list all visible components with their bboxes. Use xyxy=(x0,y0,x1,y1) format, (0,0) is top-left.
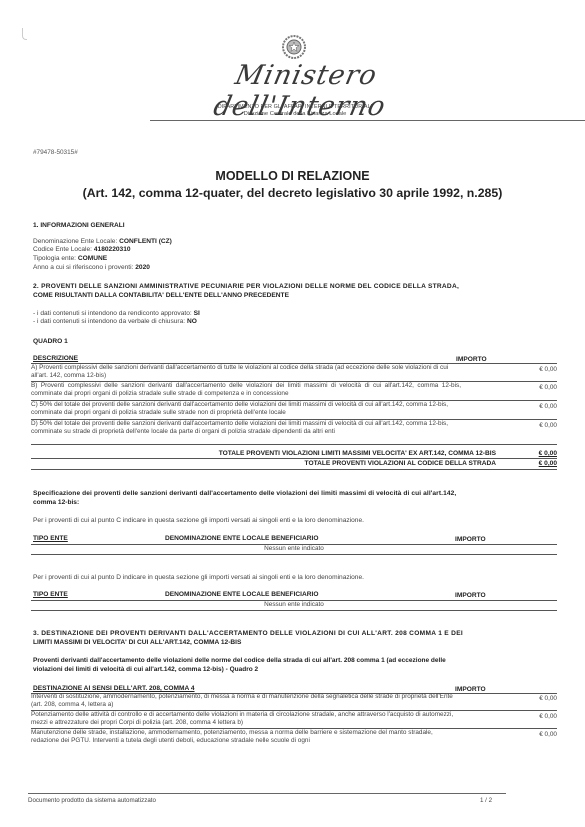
total-cds-amount: € 0,00 xyxy=(500,460,557,467)
table-rule xyxy=(31,469,557,470)
flag-label: - i dati contenuti si intendono da verba… xyxy=(33,318,187,325)
table-row-d: D) 50% del totale dei proventi delle san… xyxy=(31,420,461,436)
total-cds-label: TOTALE PROVENTI VIOLAZIONI AL CODICE DEL… xyxy=(31,460,496,467)
footer-rule xyxy=(28,793,506,794)
table-row-a: A) Proventi complessivi delle sanzioni d… xyxy=(31,364,461,380)
field-label: Denominazione Ente Locale: xyxy=(33,238,119,245)
table-row-c: C) 50% del totale dei proventi delle san… xyxy=(31,401,461,417)
col-header-tipo-ente: TIPO ENTE xyxy=(33,535,68,542)
directorate-name: Direzione Centrale della Finanza Locale xyxy=(190,111,400,117)
field-value: 4180220310 xyxy=(94,246,131,253)
quadro1-label: QUADRO 1 xyxy=(33,338,68,345)
amount-b: € 0,00 xyxy=(500,384,557,391)
table-row-lettera-b: Potenziamento delle attività di controll… xyxy=(31,711,461,727)
scan-mark xyxy=(22,28,27,40)
flag-verbale: - i dati contenuti si intendono da verba… xyxy=(33,318,197,325)
header-rule xyxy=(150,120,585,121)
total-speed-amount: € 0,00 xyxy=(500,450,557,457)
amount-lettera-a: € 0,00 xyxy=(500,695,557,702)
col-header-importo: IMPORTO xyxy=(455,686,486,693)
field-value: CONFLENTI (CZ) xyxy=(119,238,172,245)
flag-value: NO xyxy=(187,318,197,325)
quadro2-subheading-line2: violazioni dei limiti di velocità di cui… xyxy=(33,666,258,673)
amount-a: € 0,00 xyxy=(500,366,557,373)
col-header-destinazione: DESTINAZIONE AI SENSI DELL'ART. 208, COM… xyxy=(33,685,195,692)
table-rule xyxy=(31,458,557,459)
field-label: Codice Ente Locale: xyxy=(33,246,94,253)
section2-heading-line1: 2. PROVENTI DELLE SANZIONI AMMINISTRATIV… xyxy=(33,283,459,290)
flag-rendiconto: - i dati contenuti si intendono da rendi… xyxy=(33,310,200,317)
col-header-tipo-ente: TIPO ENTE xyxy=(33,591,68,598)
table-row-lettera-a: Interventi di sostituzione, ammodernamen… xyxy=(31,693,461,709)
point-c-intro: Per i proventi di cui al punto C indicar… xyxy=(33,517,364,524)
section1-heading: 1. INFORMAZIONI GENERALI xyxy=(33,222,125,229)
section3-heading-line2: LIMITI MASSIMI DI VELOCITA' DI CUI ALL'A… xyxy=(33,639,241,646)
table-rule xyxy=(31,610,557,611)
col-header-importo: IMPORTO xyxy=(456,356,487,363)
section3-heading-line1: 3. DESTINAZIONE DEI PROVENTI DERIVANTI D… xyxy=(33,630,463,637)
field-label: Tipologia ente: xyxy=(33,255,78,262)
empty-state-d: Nessun ente indicato xyxy=(31,601,557,608)
total-speed-label: TOTALE PROVENTI VIOLAZIONI LIMITI MASSIM… xyxy=(31,450,496,457)
field-year: Anno a cui si riferiscono i proventi: 20… xyxy=(33,264,150,271)
document-title: MODELLO DI RELAZIONE xyxy=(0,169,585,183)
field-ente-type: Tipologia ente: COMUNE xyxy=(33,255,107,262)
document-id: #79478-50315# xyxy=(33,149,78,156)
empty-state-c: Nessun ente indicato xyxy=(31,545,557,552)
field-value: 2020 xyxy=(135,264,150,271)
table-row-lettera-c: Manutenzione delle strade, installazione… xyxy=(31,729,461,745)
table-rule xyxy=(31,554,557,555)
specification-heading-line2: comma 12-bis: xyxy=(33,499,79,506)
specification-heading-line1: Specificazione dei proventi delle sanzio… xyxy=(33,490,456,497)
amount-lettera-b: € 0,00 xyxy=(500,713,557,720)
flag-value: SI xyxy=(194,310,200,317)
page-number: 1 / 2 xyxy=(480,797,492,804)
col-header-importo: IMPORTO xyxy=(455,536,486,543)
footer-text: Documento prodotto da sistema automatizz… xyxy=(28,797,156,804)
field-ente-code: Codice Ente Locale: 4180220310 xyxy=(33,246,131,253)
field-value: COMUNE xyxy=(78,255,107,262)
col-header-denominazione: DENOMINAZIONE ENTE LOCALE BENEFICIARIO xyxy=(165,591,319,598)
department-name: DIPARTIMENTO PER GLI AFFARI INTERNI E TE… xyxy=(190,104,400,110)
table-row-b: B) Proventi complessivi delle sanzioni d… xyxy=(31,382,461,398)
col-header-descrizione: DESCRIZIONE xyxy=(33,355,78,362)
italian-republic-emblem-icon xyxy=(280,34,308,60)
amount-c: € 0,00 xyxy=(500,403,557,410)
col-header-importo: IMPORTO xyxy=(455,592,486,599)
section2-heading-line2: COME RISULTANTI DALLA CONTABILITA' DELL'… xyxy=(33,292,289,299)
field-label: Anno a cui si riferiscono i proventi: xyxy=(33,264,135,271)
point-d-intro: Per i proventi di cui al punto D indicar… xyxy=(33,574,364,581)
quadro2-subheading-line1: Proventi derivanti dall'accertamento del… xyxy=(33,657,446,664)
flag-label: - i dati contenuti si intendono da rendi… xyxy=(33,310,194,317)
amount-d: € 0,00 xyxy=(500,422,557,429)
table-rule xyxy=(31,444,557,445)
col-header-denominazione: DENOMINAZIONE ENTE LOCALE BENEFICIARIO xyxy=(165,535,319,542)
document-subtitle: (Art. 142, comma 12-quater, del decreto … xyxy=(0,186,585,200)
field-ente-name: Denominazione Ente Locale: CONFLENTI (CZ… xyxy=(33,238,172,245)
amount-lettera-c: € 0,00 xyxy=(500,731,557,738)
